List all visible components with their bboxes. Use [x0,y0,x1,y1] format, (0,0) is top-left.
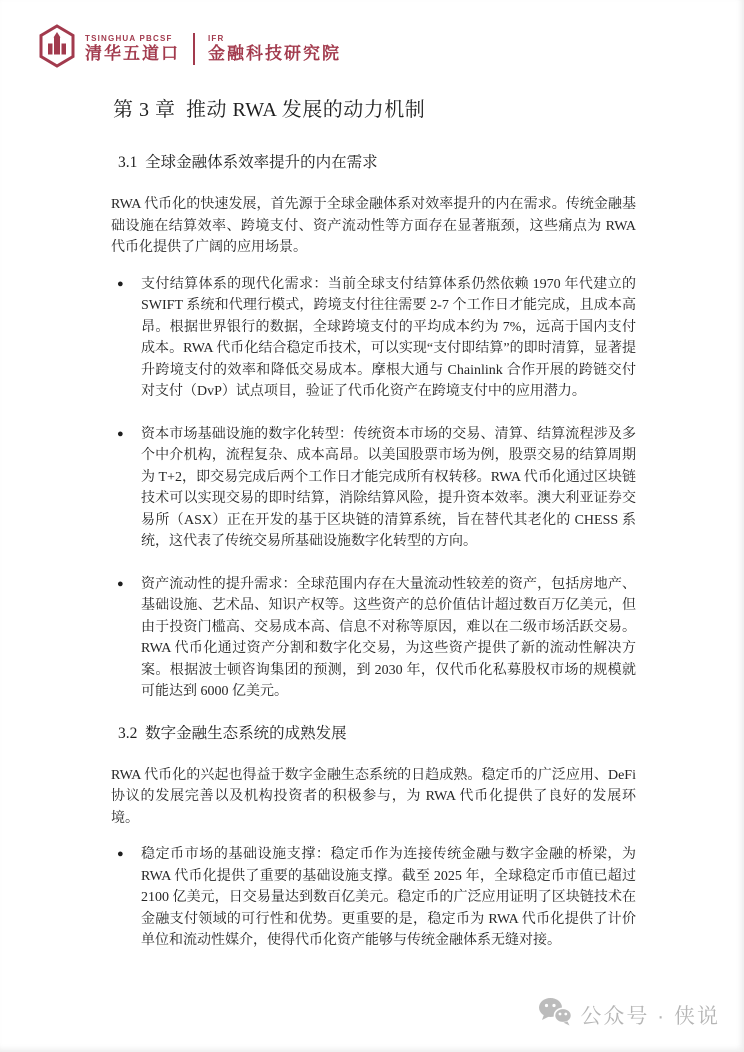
logo-left-text: TSINGHUA PBCSF 清华五道口 [85,34,180,63]
document-page: TSINGHUA PBCSF 清华五道口 IFR 金融科技研究院 第 3 章 推… [0,0,744,1052]
bullet-stablecoin-infra: ● 稳定币市场的基础设施支撑：稳定币作为连接传统金融与数字金融的桥梁，为 RWA… [111,844,636,952]
logo-left-cn: 清华五道口 [85,45,180,63]
section-3-2: 3.2 数字金融生态系统的成熟发展 RWA 代币化的兴起也得益于数字金融生态系统… [111,724,636,952]
logo-divider [193,33,195,65]
section-3-2-intro: RWA 代币化的兴起也得益于数字金融生态系统的日趋成熟。稳定币的广泛应用、DeF… [111,765,636,830]
header-logo: TSINGHUA PBCSF 清华五道口 IFR 金融科技研究院 [38,24,341,73]
bullet-dot-icon: ● [111,844,141,866]
bullet-payment-settlement-text: 支付结算体系的现代化需求：当前全球支付结算体系仍然依赖 1970 年代建立的 S… [141,274,636,403]
bullet-capital-market-text: 资本市场基础设施的数字化转型：传统资本市场的交易、清算、结算流程涉及多个中介机构… [141,424,636,553]
bullet-dot-icon: ● [111,424,141,446]
bullet-capital-market: ● 资本市场基础设施的数字化转型：传统资本市场的交易、清算、结算流程涉及多个中介… [111,424,636,553]
bullet-stablecoin-infra-text: 稳定币市场的基础设施支撑：稳定币作为连接传统金融与数字金融的桥梁，为 RWA 代… [141,844,636,952]
logo-right-cn: 金融科技研究院 [208,45,341,63]
logo-right-en: IFR [208,34,341,43]
logo-left-en: TSINGHUA PBCSF [85,34,180,43]
document-content: 第 3 章 推动 RWA 发展的动力机制 3.1 全球金融体系效率提升的内在需求… [111,97,636,973]
bullet-asset-liquidity-text: 资产流动性的提升需求：全球范围内存在大量流动性较差的资产，包括房地产、基础设施、… [141,574,636,703]
bullet-dot-icon: ● [111,274,141,296]
section-3-1: 3.1 全球金融体系效率提升的内在需求 RWA 代币化的快速发展，首先源于全球金… [111,153,636,703]
section-heading-3-2: 3.2 数字金融生态系统的成熟发展 [118,724,636,744]
bullet-dot-icon: ● [111,574,141,596]
chapter-title: 第 3 章 推动 RWA 发展的动力机制 [113,97,636,123]
logo-right-text: IFR 金融科技研究院 [208,34,341,63]
watermark: 公众号 · 侠说 [538,997,720,1032]
section-3-1-intro: RWA 代币化的快速发展，首先源于全球金融体系对效率提升的内在需求。传统金融基础… [111,194,636,259]
watermark-text: 公众号 · 侠说 [580,1000,720,1030]
wechat-icon [538,997,572,1032]
bullet-payment-settlement: ● 支付结算体系的现代化需求：当前全球支付结算体系仍然依赖 1970 年代建立的… [111,274,636,403]
pbcsf-emblem-icon [38,24,76,73]
section-heading-3-1: 3.1 全球金融体系效率提升的内在需求 [118,153,636,173]
bullet-asset-liquidity: ● 资产流动性的提升需求：全球范围内存在大量流动性较差的资产，包括房地产、基础设… [111,574,636,703]
